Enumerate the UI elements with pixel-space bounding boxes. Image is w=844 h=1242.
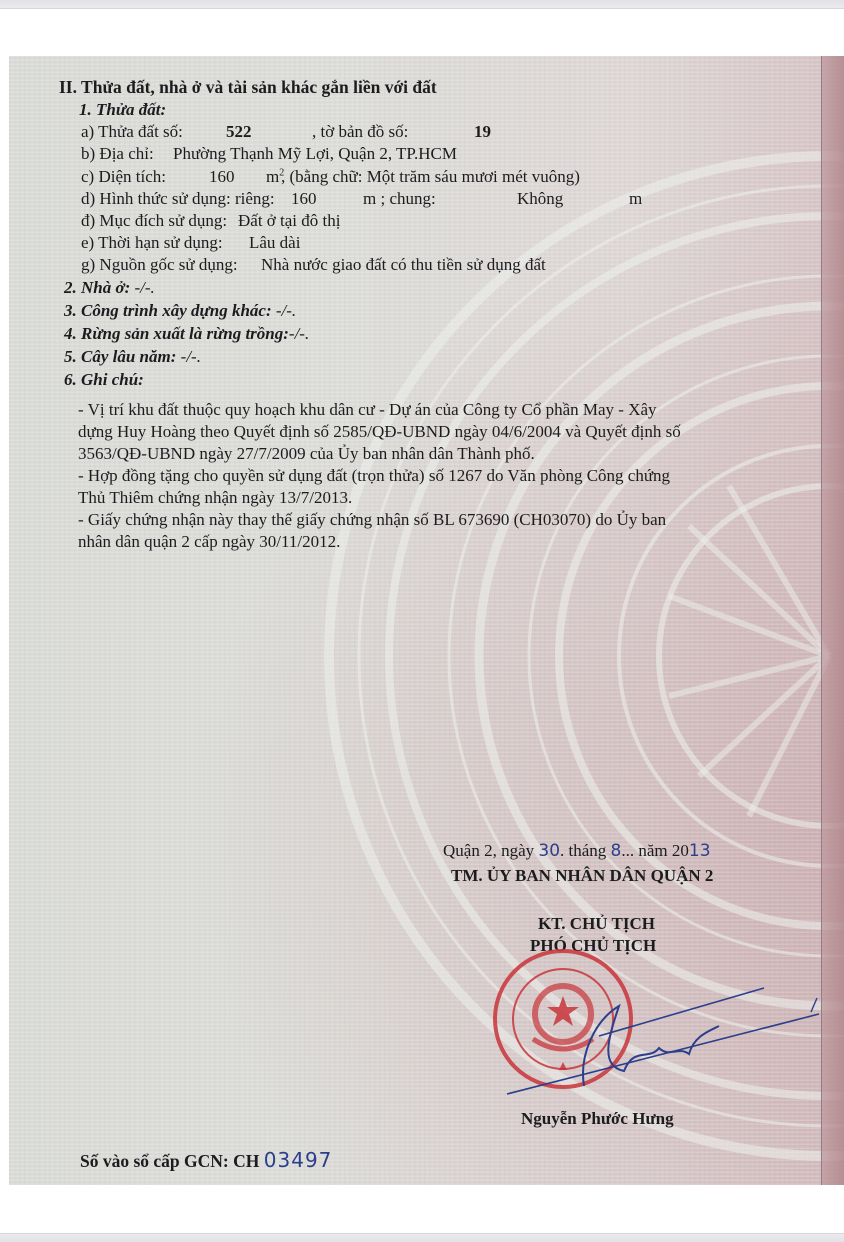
registry-number: Số vào sổ cấp GCN: CH 03497 [80, 1150, 332, 1171]
signature-icon [499, 976, 829, 1106]
note-line: - Hợp đồng tặng cho quyền sử dụng đất (t… [78, 466, 670, 486]
address-label: b) Địa chỉ: [81, 144, 154, 164]
note-line: nhân dân quận 2 cấp ngày 30/11/2012. [78, 532, 340, 552]
item-production-forest-label: 4. Rừng sản xuất là rừng trồng: [64, 324, 289, 343]
usage-shared-unit: m [629, 189, 642, 209]
area-in-words: , (bằng chữ: Một trăm sáu mươi mét vuông… [281, 167, 580, 187]
viewer-bottom-bar [0, 1233, 844, 1242]
area-label: c) Diện tích: [81, 167, 166, 187]
map-sheet-number: 19 [474, 122, 491, 142]
date-month-handwritten: 8 [611, 841, 622, 861]
signer-name: Nguyễn Phước Hưng [521, 1109, 674, 1129]
year-label: ... năm 20 [621, 841, 689, 860]
land-parcel-heading: 1. Thửa đất: [79, 100, 166, 120]
item-production-forest: 4. Rừng sản xuất là rừng trồng:-/-. [64, 324, 309, 344]
area-unit-text: m [266, 167, 279, 186]
parcel-number: 522 [226, 122, 252, 142]
viewer-top-bar [0, 0, 844, 9]
place-date: Quận 2, ngày 30. tháng 8... năm 2013 [443, 841, 711, 861]
note-line: 3563/QĐ-UBND ngày 27/7/2009 của Ủy ban n… [78, 444, 535, 464]
item-perennial-trees-label: 5. Cây lâu năm: [64, 347, 176, 366]
usage-form-label: d) Hình thức sử dụng: riêng: [81, 189, 275, 209]
land-certificate-page: II. Thửa đất, nhà ở và tài sản khác gắn … [9, 56, 844, 1185]
usage-shared-label: m ; chung: [363, 189, 436, 209]
item-house: 2. Nhà ở: -/-. [64, 278, 155, 298]
term-value: Lâu dài [249, 233, 300, 253]
issuing-authority: TM. ỦY BAN NHÂN DÂN QUẬN 2 [451, 866, 713, 886]
notes-heading: 6. Ghi chú: [64, 370, 144, 390]
note-line: - Giấy chứng nhận này thay thế giấy chứn… [78, 510, 666, 530]
place-date-prefix: Quận 2, ngày [443, 841, 534, 860]
origin-value: Nhà nước giao đất có thu tiền sử dụng đấ… [261, 255, 546, 275]
item-other-construction-label: 3. Công trình xây dựng khác: [64, 301, 272, 320]
map-sheet-label: , tờ bản đồ số: [312, 122, 408, 142]
purpose-value: Đất ở tại đô thị [238, 211, 340, 231]
item-perennial-trees: 5. Cây lâu năm: -/-. [64, 347, 201, 367]
term-label: e) Thời hạn sử dụng: [81, 233, 223, 253]
date-day-handwritten: 30 [538, 841, 560, 861]
signer-role-1: KT. CHỦ TỊCH [538, 914, 655, 934]
address-value: Phường Thạnh Mỹ Lợi, Quận 2, TP.HCM [173, 144, 457, 164]
purpose-label: đ) Mục đích sử dụng: [81, 211, 227, 231]
month-label: . tháng [560, 841, 606, 860]
item-house-label: 2. Nhà ở: [64, 278, 130, 297]
item-production-forest-value: -/-. [289, 324, 309, 343]
item-other-construction-value: -/-. [276, 301, 296, 320]
note-line: dựng Huy Hoàng theo Quyết định số 2585/Q… [78, 422, 681, 442]
usage-private-value: 160 [291, 189, 317, 209]
section-title: II. Thửa đất, nhà ở và tài sản khác gắn … [59, 77, 437, 97]
item-other-construction: 3. Công trình xây dựng khác: -/-. [64, 301, 296, 321]
item-house-value: -/-. [135, 278, 155, 297]
parcel-number-label: a) Thửa đất số: [81, 122, 183, 142]
registry-label: Số vào sổ cấp GCN: CH [80, 1151, 259, 1171]
origin-label: g) Nguồn gốc sử dụng: [81, 255, 238, 275]
item-perennial-trees-value: -/-. [181, 347, 201, 366]
note-line: - Vị trí khu đất thuộc quy hoạch khu dân… [78, 400, 657, 420]
registry-number-handwritten: 03497 [264, 1148, 333, 1172]
note-line: Thủ Thiêm chứng nhận ngày 13/7/2013. [78, 488, 352, 508]
date-year-handwritten: 13 [689, 841, 711, 861]
area-value: 160 [209, 167, 235, 187]
usage-shared-value: Không [517, 189, 563, 209]
